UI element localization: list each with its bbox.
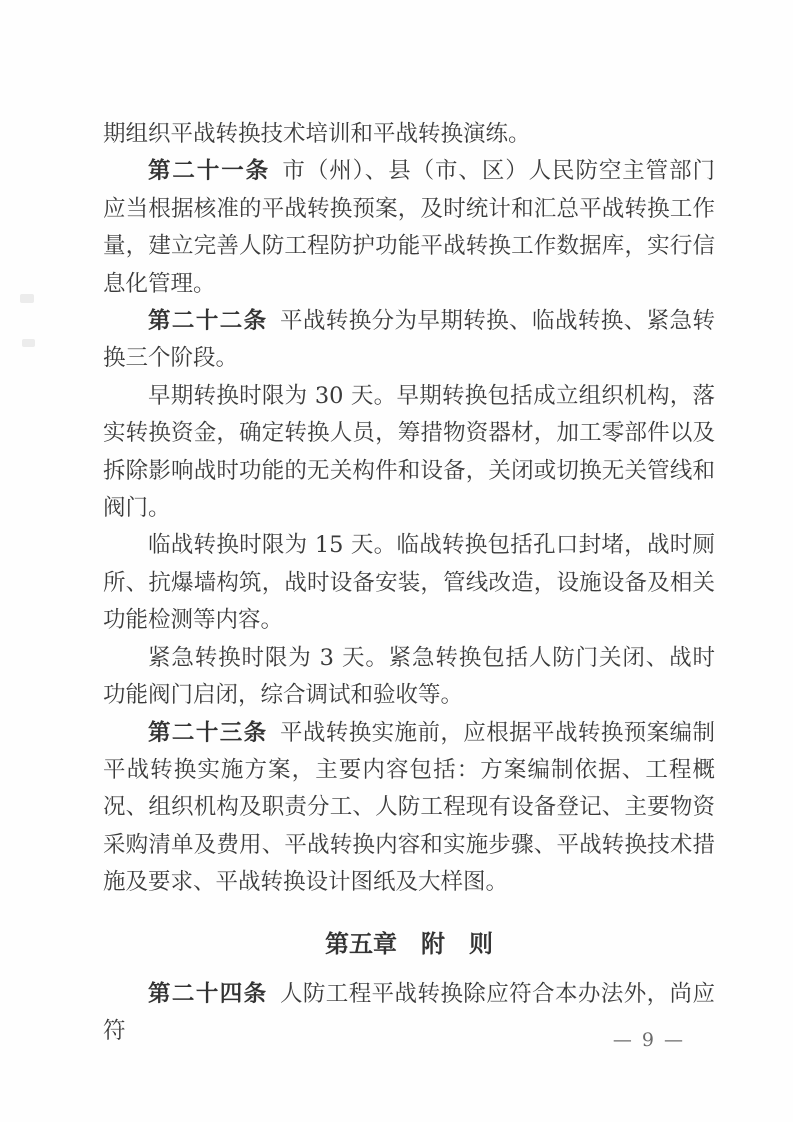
paragraph-text: 紧急转换时限为 3 天。紧急转换包括人防门关闭、战时功能阀门启闭，综合调试和验收… (103, 645, 715, 708)
scan-artifact (20, 294, 34, 303)
article-number: 第二十一条 (148, 158, 270, 184)
paragraph-text: 期组织平战转换技术培训和平战转换演练。 (103, 121, 531, 147)
body-paragraph: 临战转换时限为 15 天。临战转换包括孔口封堵，战时厕所、抗爆墙构筑，战时设备安… (103, 527, 715, 639)
paragraph-text: 临战转换时限为 15 天。临战转换包括孔口封堵，战时厕所、抗爆墙构筑，战时设备安… (103, 532, 715, 633)
body-paragraph: 早期转换时限为 30 天。早期转换包括成立组织机构，落实转换资金，确定转换人员，… (103, 378, 715, 528)
article-number: 第二十二条 (148, 308, 268, 334)
body-paragraph: 紧急转换时限为 3 天。紧急转换包括人防门关闭、战时功能阀门启闭，综合调试和验收… (103, 640, 715, 715)
article-paragraph: 第二十一条市（州）、县（市、区）人民防空主管部门应当根据核准的平战转换预案，及时… (103, 153, 715, 303)
page-footer: — 9 — (613, 1028, 685, 1052)
scanned-document-page: 期组织平战转换技术培训和平战转换演练。第二十一条市（州）、县（市、区）人民防空主… (0, 0, 793, 1122)
scan-artifact (22, 339, 35, 347)
body-paragraph: 期组织平战转换技术培训和平战转换演练。 (103, 116, 715, 153)
article-number: 第二十三条 (148, 720, 268, 746)
page-number: — 9 — (613, 1029, 685, 1051)
paragraph-text: 早期转换时限为 30 天。早期转换包括成立组织机构，落实转换资金，确定转换人员，… (103, 383, 715, 521)
article-number: 第二十四条 (148, 981, 268, 1007)
chapter-heading: 第五章 附 则 (103, 922, 715, 966)
document-body: 期组织平战转换技术培训和平战转换演练。第二十一条市（州）、县（市、区）人民防空主… (103, 116, 715, 1050)
article-paragraph: 第二十二条平战转换分为早期转换、临战转换、紧急转换三个阶段。 (103, 303, 715, 378)
article-paragraph: 第二十三条平战转换实施前，应根据平战转换预案编制平战转换实施方案，主要内容包括：… (103, 715, 715, 902)
